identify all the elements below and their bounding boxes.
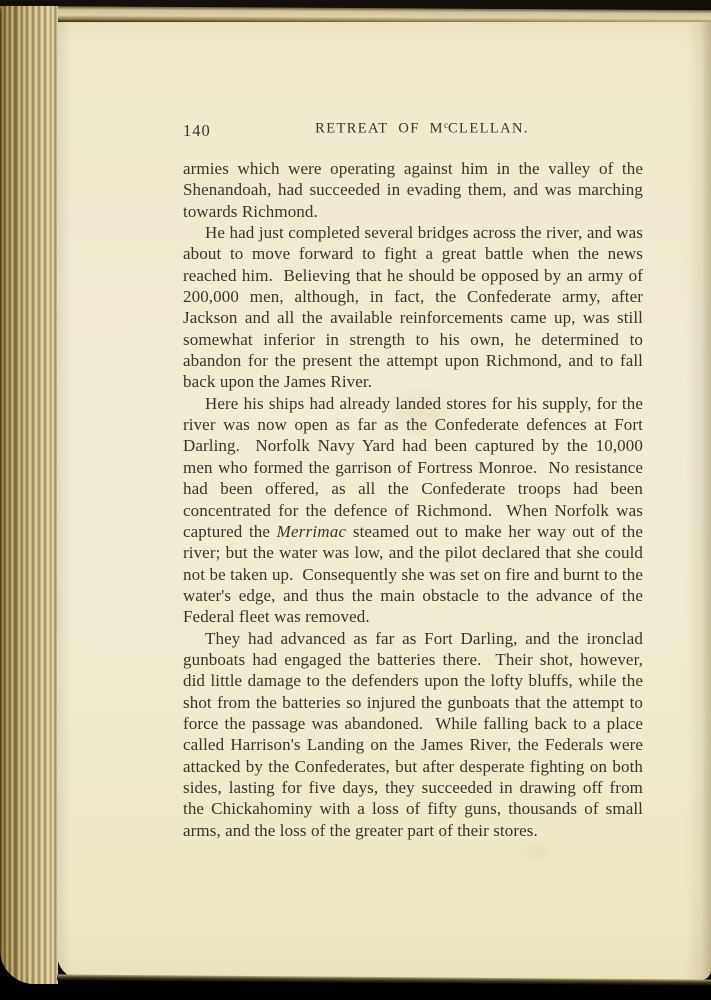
running-head-post: CLELLAN. [448, 120, 529, 136]
text-segment: armies which were operating against him … [183, 159, 647, 221]
page-number: 140 [183, 121, 211, 141]
book-left-page-edges [0, 6, 58, 984]
paragraph: Here his ships had already landed stores… [183, 393, 643, 628]
text-segment: He had just completed several bridges ac… [183, 223, 647, 391]
paragraph: He had just completed several bridges ac… [183, 222, 643, 393]
paragraph: They had advanced as far as Fort Darling… [183, 628, 643, 841]
paragraph: armies which were operating against him … [183, 158, 643, 222]
page-header: 140 RETREAT OF McCLELLAN. [183, 120, 643, 141]
running-head: RETREAT OF McCLELLAN. [183, 120, 643, 137]
book-scan: 140 RETREAT OF McCLELLAN. armies which w… [0, 0, 711, 1000]
running-head-pre: RETREAT OF M [315, 120, 444, 136]
page-body: armies which were operating against him … [183, 158, 643, 841]
text-segment: They had advanced as far as Fort Darling… [183, 629, 647, 840]
italic-text: Merrimac [277, 522, 347, 541]
page-text-block: 140 RETREAT OF McCLELLAN. armies which w… [183, 120, 643, 841]
text-segment: Here his ships had already landed stores… [183, 394, 647, 541]
